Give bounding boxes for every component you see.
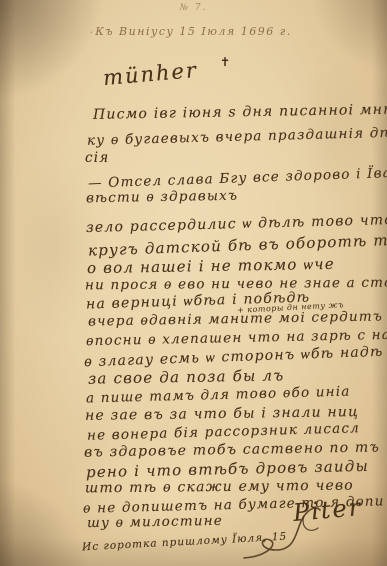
handwritten-line: шу ѳ милостине <box>87 513 223 531</box>
handwritten-line: ни прося ѳ ево ни чево не знае а сто <box>85 275 387 294</box>
signature: Piter <box>292 493 363 527</box>
manuscript-page: № 7. Къ Виніусу 15 Іюля 1696 г. ’ münher… <box>0 0 387 566</box>
archival-number: № 7. <box>0 3 387 13</box>
ink-speck: ’ <box>90 31 92 39</box>
handwritten-line: вѣсти ѳ здравыхъ <box>86 188 238 207</box>
handwritten-line: сiя <box>85 150 109 166</box>
handwritten-line: за свое да поза бы лъ <box>88 366 285 387</box>
greeting-cross-icon: ✝ <box>220 55 231 69</box>
printed-caption: Къ Виніусу 15 Іюля 1696 г. <box>0 25 387 38</box>
handwritten-line: што тѣ ѳ скажи ему что чево <box>85 478 354 497</box>
greeting: münher <box>102 58 199 90</box>
